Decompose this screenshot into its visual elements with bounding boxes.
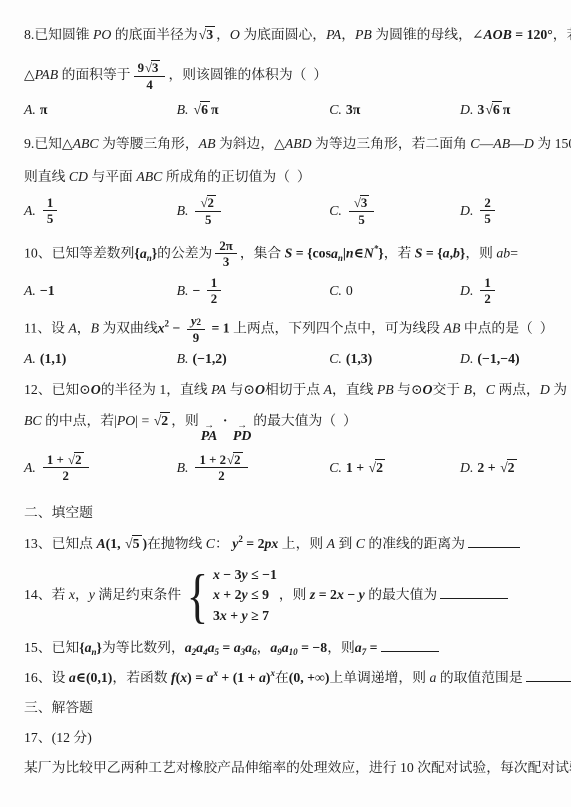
math-run: 1 + [346,460,368,476]
math-run: A [324,382,332,397]
math-run: PA [326,27,341,42]
math-run: + [227,608,242,623]
option-label: D. [460,351,473,367]
option-label: A. [24,460,36,476]
q17-number-line: 17、(12 分) [24,729,569,747]
math-run: B [464,382,472,397]
option-label: B. [177,203,189,219]
q12-line-1: 12、已知⊙O的半径为 1，直线 PA 与⊙O相切于点 A，直线 PB 与⊙O交… [24,381,569,399]
math-run: 1 [211,276,217,290]
radicand: 2 [74,452,83,468]
math-run: AOB [483,27,511,42]
subscript: 10 [289,647,298,657]
math-run: = 120° [512,27,553,42]
subscripted-term: a5 [208,640,219,655]
option-label: A. [24,102,36,118]
cases-rows: x − 3y ≤ −1x + 2y ≤ 93x + y ≥ 7 [213,566,277,626]
fraction: 1 + 2√22 [195,452,247,484]
square-root: √2 [369,459,385,476]
radicand: 2 [160,412,170,429]
q11-options-C: C.(1,3) [329,351,460,367]
math-run: n [346,246,354,261]
text-run: 为 150°， [534,136,571,151]
text-run: 的底面半径为 [111,27,197,42]
q17-paragraph: 某厂为比较甲乙两种工艺对橡胶产品伸缩率的处理效应，进行 10 次配对试验，每次配… [24,759,569,777]
math-run: a [443,246,450,261]
fraction-denominator: 5 [358,212,364,227]
radicand: 5 [132,535,142,552]
text-run: ，则 [465,246,496,261]
text-run: 二、填空题 [24,505,93,520]
math-run: π [211,102,219,118]
text-run: 的取值范围是 [436,670,522,685]
fraction-numerator: √3 [349,195,374,212]
subscripted-term: a3 [234,640,245,655]
text-run: ，若函数 [112,670,171,685]
math-run: π [40,102,48,118]
math-run: 3 [223,255,229,269]
math-run: A [96,536,105,551]
text-run: ，若 [384,246,415,261]
math-run: { [79,640,84,655]
option-label: D. [460,460,473,476]
radicand: 3 [360,195,369,211]
constraint-system: {x − 3y ≤ −1x + 2y ≤ 93x + y ≥ 7 [183,566,277,626]
math-run: 4 [146,78,152,92]
math-run: + 2 [220,587,242,602]
math-run: = {cos [292,246,331,261]
radicand: 2 [375,459,385,476]
text-run: 15、已知 [24,640,79,655]
math-run: 2π [219,239,232,253]
math-run: (1, [106,536,124,551]
text-run: 14、若 [24,587,69,602]
exam-document: 8.已知圆锥 PO 的底面半径为√3，O 为底面圆心，PA，PB 为圆锥的母线，… [0,0,571,777]
math-run: (0, +∞) [289,670,330,685]
q11-line: 11、设 A，B 为双曲线x2 − y29 = 1 上两点，下列四个点中，可为线… [24,314,569,345]
math-run: { [134,246,139,261]
fraction-denominator: 2 [218,468,224,483]
fraction-denominator: 2 [62,468,68,483]
q10-options-A: A.−1 [24,283,177,299]
text-run: 到 [335,536,356,551]
math-run: · [219,413,231,428]
square-root: √3 [199,26,215,44]
radicand: 2 [207,195,216,211]
q13-line: 13、已知点 A(1, √5)在抛物线 C： y2 = 2px 上，则 A 到 … [24,534,569,553]
text-run: 8.已知圆锥 [24,27,93,42]
math-run: O [255,382,265,397]
math-run: D [524,136,534,151]
q10-options: A.−1B.− 12C.0D.12 [24,276,569,307]
math-run: 3π [346,102,360,118]
square-root: √2 [200,195,215,211]
math-run: ABD [285,136,312,151]
section-answer-heading: 三、解答题 [24,699,569,717]
vector: →PA [201,421,218,443]
fraction-numerator: √2 [195,195,220,212]
math-run: x [213,567,220,582]
vector-name: PA [201,429,218,443]
math-run: ) = [187,670,206,685]
text-run: 上，则 [278,536,326,551]
text-run: △ [24,67,35,82]
math-run: = 1 [208,321,233,336]
text-run: 的最大值为（ ） [253,413,356,428]
math-run: 2 [62,469,68,483]
text-run: 17、(12 分) [24,730,92,745]
fraction-denominator: 4 [146,77,152,92]
fraction-denominator: 9 [193,330,199,345]
radicand: 6 [492,101,502,118]
option-label: B. [177,351,189,367]
math-run: π [503,102,511,118]
text-run: 上单调递增，则 [329,670,429,685]
text-run: 则直线 [24,169,69,184]
math-run: 2 [484,196,490,210]
text-run: ，若 [553,27,571,42]
text-run: 与⊙ [226,382,255,397]
text-run: ， [77,321,91,336]
fraction: 12 [207,276,221,307]
math-run: BC [24,413,42,428]
text-run: 相切于点 [265,382,324,397]
math-run: ≤ 9 [248,587,269,602]
q8-options-D: D.3√6π [460,101,569,118]
fraction-denominator: 5 [47,211,53,226]
option-label: A. [24,283,36,299]
square-root: √2 [68,452,83,468]
square-root: √3 [354,195,369,211]
math-run: PO [93,27,111,42]
q15-line: 15、已知{an}为等比数列，a2a4a5 = a3a6，a9a10 = −8，… [24,638,569,659]
fraction-denominator: 2 [211,291,217,306]
math-run: 2 [484,292,490,306]
math-run: a [69,670,76,685]
text-run: 的半径为 1，直线 [101,382,211,397]
text-run: 11、设 [24,321,68,336]
fraction-denominator: 2 [484,291,490,306]
math-run: ∈(0,1) [76,670,113,685]
math-run: 1 + [47,453,67,467]
math-run: PA [211,382,226,397]
text-run: 为圆锥的母线，∠ [372,27,484,42]
q8-options-A: A.π [24,102,177,118]
math-run: a [259,670,266,685]
square-root: √3 [145,60,160,76]
math-run: PAB [35,67,59,82]
square-root: √5 [125,535,141,553]
option-label: D. [460,203,473,219]
text-run: | = [135,413,152,428]
text-run: 为底面圆心， [240,27,326,42]
fraction-denominator: 3 [223,254,229,269]
fraction-numerator: 2π [215,239,236,254]
math-run: 9 [138,61,144,75]
math-run: O [423,382,433,397]
option-label: C. [329,203,342,219]
fraction-numerator: 1 [480,276,494,291]
text-run: 的准线的距离为 [365,536,465,551]
text-run: 的面积等于 [58,67,130,82]
math-run: − 3 [220,567,242,582]
subscripted-term: a10 [282,640,298,655]
option-label: B. [177,460,189,476]
answer-blank [440,585,508,599]
math-run: AB [493,136,510,151]
text-run: 某厂为比较甲乙两种工艺对橡胶产品伸缩率的处理效应，进行 10 次配对试验，每次配… [24,760,571,775]
fraction: 2π3 [215,239,236,270]
case-row: 3x + y ≥ 7 [213,607,277,626]
fraction-numerator: 9√3 [134,60,166,77]
q11-options-A: A.(1,1) [24,351,177,367]
q12-options-D: D.2 + √2 [460,459,569,476]
q8-options-B: B.√6π [177,101,330,118]
math-run: ABC [73,136,99,151]
radicand: 2 [507,459,517,476]
math-run: ∈ [354,246,364,261]
square-root: √2 [500,459,516,476]
math-run: C [356,536,365,551]
text-run: 两点， [495,382,540,397]
math-run: b [453,246,460,261]
fraction: y29 [187,314,205,345]
math-run: ≥ 7 [248,608,269,623]
math-run: = [366,640,377,655]
text-run: 满足约束条件 [95,587,181,602]
option-label: C. [329,351,342,367]
text-run: 为等边三角形，若二面角 [312,136,471,151]
math-run: + (1 + [218,670,259,685]
text-run: ， [216,27,230,42]
math-run: C [486,382,495,397]
q9-options-A: A.15 [24,196,177,227]
text-run: ： [215,536,232,551]
case-row: x + 2y ≤ 9 [213,586,277,605]
math-run: PO [117,413,135,428]
fraction-denominator: 5 [484,211,490,226]
radicand: 3 [151,60,160,76]
text-run: 交于 [433,382,464,397]
text-run: ，则 [279,587,310,602]
q8-line-2: △PAB 的面积等于9√34，则该圆锥的体积为（ ） [24,60,569,92]
fraction: √25 [195,195,220,227]
text-run: 10、已知等差数列 [24,246,134,261]
subscripted-term: a9 [270,640,281,655]
fraction-numerator: 1 [207,276,221,291]
radicand: 6 [200,101,210,118]
superscript: 2 [197,317,202,327]
fraction-numerator: 1 + √2 [43,452,89,469]
math-run: A [68,321,76,336]
math-run: PB [377,382,394,397]
subscripted-term: a2 [185,640,196,655]
answer-blank [468,534,520,548]
option-label: C. [329,102,342,118]
option-label: A. [24,203,36,219]
fraction-numerator: 1 + 2√2 [195,452,247,469]
q10-line: 10、已知等差数列{an}的公差为2π3，集合 S = {cosan|n∈N*}… [24,239,569,270]
text-run: 所成角的正切值为（ ） [162,169,310,184]
fraction-numerator: 1 [43,196,57,211]
text-run: 13、已知点 [24,536,96,551]
q16-line: 16、设 a∈(0,1)，若函数 f(x) = ax + (1 + a)x在(0… [24,668,569,687]
math-run: 5 [484,212,490,226]
subscripted-term: an [140,246,152,261]
text-run: 中点的是（ ） [460,321,553,336]
subscripted-term: a4 [196,640,207,655]
math-run: = −8 [298,640,328,655]
text-run: 上两点，下列四个点中，可为线段 [233,321,443,336]
square-root: √6 [193,101,209,118]
math-run: 2 + [477,460,499,476]
math-run: N [364,246,374,261]
q9-line-1: 9.已知△ABC 为等腰三角形，AB 为斜边，△ABD 为等边三角形，若二面角 … [24,135,569,153]
text-run: 为 [550,382,567,397]
math-run: AB [444,321,461,336]
math-run: 9 [193,331,199,345]
vector-name: PD [233,429,251,443]
text-run: ，集合 [240,246,285,261]
option-label: B. [177,283,189,299]
math-run: (−1,−4) [477,351,519,367]
text-run: 在 [275,670,289,685]
math-run: 5 [47,212,53,226]
option-label: C. [329,460,342,476]
math-run: (1,3) [346,351,372,367]
math-run: − [169,321,184,336]
math-run: A [327,536,335,551]
q9-options-D: D.25 [460,196,569,227]
q10-options-D: D.12 [460,276,569,307]
math-run: = 2 [315,587,337,602]
text-run: 16、设 [24,670,69,685]
math-run: 1 + 2 [199,453,226,467]
fraction-numerator: y2 [187,314,205,329]
math-run: 1 [484,276,490,290]
text-run: = [510,246,518,261]
math-run: 1 [47,196,53,210]
answer-blank [381,638,439,652]
text-run: 与⊙ [394,382,423,397]
q12-options-A: A.1 + √22 [24,452,177,484]
radicand: 3 [205,26,215,43]
text-run: 12、已知⊙ [24,382,91,397]
left-brace: { [187,566,209,626]
q11-options: A.(1,1)B.(−1,2)C.(1,3)D.(−1,−4) [24,351,569,367]
q11-options-B: B.(−1,2) [177,351,330,367]
text-run: 的最大值为 [365,587,437,602]
subscripted-term: a7 [355,640,366,655]
math-run: ab [496,246,510,261]
math-run: 2 [218,469,224,483]
q8-line-1: 8.已知圆锥 PO 的底面半径为√3，O 为底面圆心，PA，PB 为圆锥的母线，… [24,26,569,44]
fraction: 25 [480,196,494,227]
text-run: — [479,136,493,151]
q10-options-B: B.− 12 [177,276,330,307]
text-run: 与平面 [88,169,136,184]
text-run: 的中点，若| [42,413,117,428]
math-run: x [337,587,344,602]
text-run: 为双曲线 [99,321,158,336]
text-run: 9.已知△ [24,136,73,151]
option-label: B. [177,102,189,118]
math-run: (1,1) [40,351,66,367]
math-run: 3 [213,608,220,623]
text-run: 三、解答题 [24,700,93,715]
math-run: PB [355,27,372,42]
math-run: AB [199,136,216,151]
square-root: √2 [154,412,170,430]
text-run: — [510,136,524,151]
subscript: 4 [203,647,208,657]
math-run: − [192,283,203,299]
math-run: CD [69,169,88,184]
q12-options: A.1 + √22B.1 + 2√22C.1 + √2D.2 + √2 [24,452,569,484]
q10-options-C: C.0 [329,283,460,299]
math-run: (−1,2) [192,351,226,367]
q9-line-2: 则直线 CD 与平面 ABC 所成角的正切值为（ ） [24,168,569,186]
text-run: 的公差为 [157,246,212,261]
math-run: O [91,382,101,397]
text-run: ，则 [171,413,199,428]
math-run: B [91,321,99,336]
math-run: = { [422,246,442,261]
q14-line: 14、若 x，y 满足约束条件{x − 3y ≤ −1x + 2y ≤ 93x … [24,566,569,626]
fraction: 12 [480,276,494,307]
text-run: 为斜边，△ [216,136,285,151]
subscripted-term: an [85,640,97,655]
math-run: ≤ −1 [248,567,277,582]
section-fill-in-heading: 二、填空题 [24,504,569,522]
text-run: ， [472,382,486,397]
text-run: 0 [346,283,353,299]
q8-options: A.πB.√6πC.3πD.3√6π [24,101,569,118]
text-run: ， [341,27,355,42]
subscripted-term: a6 [245,640,256,655]
fraction: 1 + √22 [43,452,89,484]
option-label: A. [24,351,36,367]
math-run: 5 [358,213,364,227]
fraction: 9√34 [134,60,166,92]
q9-options: A.15B.√25C.√35D.25 [24,195,569,227]
option-label: D. [460,283,473,299]
q12-options-B: B.1 + 2√22 [177,452,330,484]
text-run: ，直线 [332,382,377,397]
q12-line-2: BC 的中点，若|PO| = √2，则→PA · →PD的最大值为（ ） [24,412,569,443]
option-label: C. [329,283,342,299]
q11-options-D: D.(−1,−4) [460,351,569,367]
math-run: C [206,536,215,551]
text-run: ，则 [327,640,355,655]
math-run: D [540,382,550,397]
math-run: −1 [40,283,55,299]
vector: →PD [233,421,251,443]
math-run: = 2 [243,536,265,551]
fraction-denominator: 5 [205,212,211,227]
math-run: 3 [477,102,484,118]
fraction: √35 [349,195,374,227]
q9-options-B: B.√25 [177,195,330,227]
option-label: D. [460,102,473,118]
fraction: 15 [43,196,57,227]
fraction-numerator: 2 [480,196,494,211]
text-run: 为等腰三角形， [99,136,199,151]
math-run: x [213,587,220,602]
case-row: x − 3y ≤ −1 [213,566,277,585]
text-run: 在抛物线 [147,536,206,551]
math-run: x [220,608,227,623]
